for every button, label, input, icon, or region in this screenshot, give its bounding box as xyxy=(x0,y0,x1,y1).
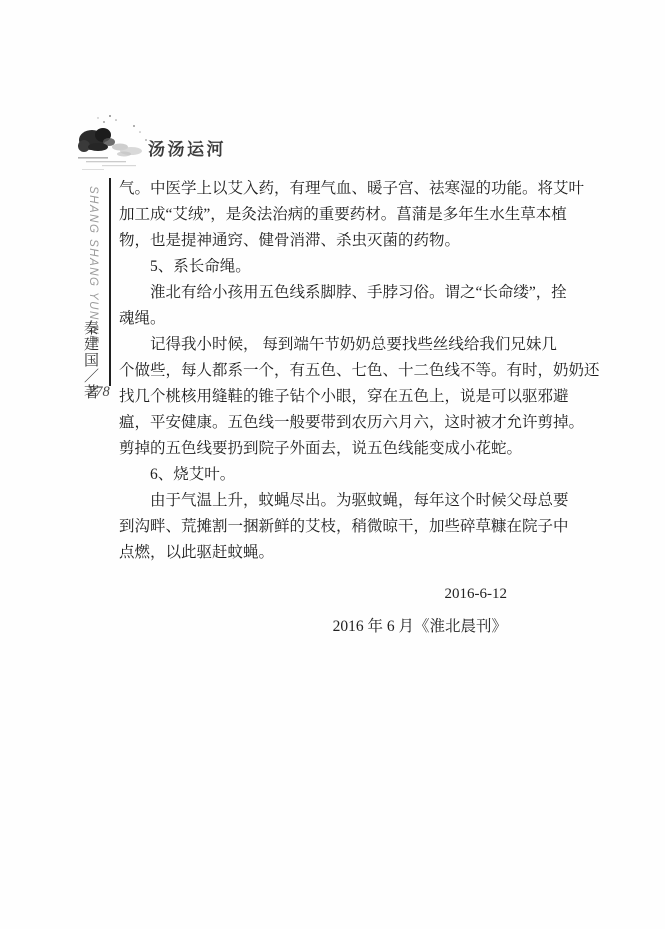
body-line: 剪掉的五色线要扔到院子外面去，说五色线能变成小花蛇。 xyxy=(119,436,559,462)
ink-wash-landscape-logo xyxy=(76,110,152,176)
sidebar-rule xyxy=(109,178,111,386)
body-line: 到沟畔、荒摊割一捆新鲜的艾枝，稍微晾干，加些碎草糠在院子中 xyxy=(119,514,559,540)
body-line: 5、系长命绳。 xyxy=(119,254,559,280)
body-line: 魂绳。 xyxy=(119,306,559,332)
article-date: 2016-6-12 xyxy=(119,586,507,603)
body-line: 个做些，每人都系一个，有五色、七色、十二色线不等。有时，奶奶还 xyxy=(119,358,559,384)
body-line: 瘟，平安健康。五色线一般要带到农历六月六，这时被才允许剪掉。 xyxy=(119,410,559,436)
article-source: 2016 年 6 月《淮北晨刊》 xyxy=(119,614,507,636)
body-line: 加工成“艾绒”，是灸法治病的重要药材。菖蒲是多年生水生草本植 xyxy=(119,202,559,228)
body-line: 气。中医学上以艾入药，有理气血、暖子宫、祛寒湿的功能。将艾叶 xyxy=(119,176,559,202)
body-line: 记得我小时候， 每到端午节奶奶总要找些丝线给我们兄妹几 xyxy=(119,332,559,358)
book-page: 汤汤运河 SHANG SHANG YUN HE 秦建国／著 278 气。中医学上… xyxy=(0,0,665,929)
body-line: 找几个桃核用缝鞋的锥子钻个小眼，穿在五色上，说是可以驱邪避 xyxy=(119,384,559,410)
body-line: 点燃，以此驱赶蚊蝇。 xyxy=(119,540,559,566)
body-line: 物，也是提神通窍、健骨消滞、杀虫灭菌的药物。 xyxy=(119,228,559,254)
body-text: 气。中医学上以艾入药，有理气血、暖子宫、祛寒湿的功能。将艾叶加工成“艾绒”，是灸… xyxy=(119,176,559,566)
body-line: 6、烧艾叶。 xyxy=(119,462,559,488)
body-line: 由于气温上升，蚊蝇尽出。为驱蚊蝇，每年这个时候父母总要 xyxy=(119,488,559,514)
body-line: 淮北有给小孩用五色线系脚脖、手脖习俗。谓之“长命缕”，拴 xyxy=(119,280,559,306)
series-title: 汤汤运河 xyxy=(148,135,226,160)
page-number: 278 xyxy=(88,384,110,401)
